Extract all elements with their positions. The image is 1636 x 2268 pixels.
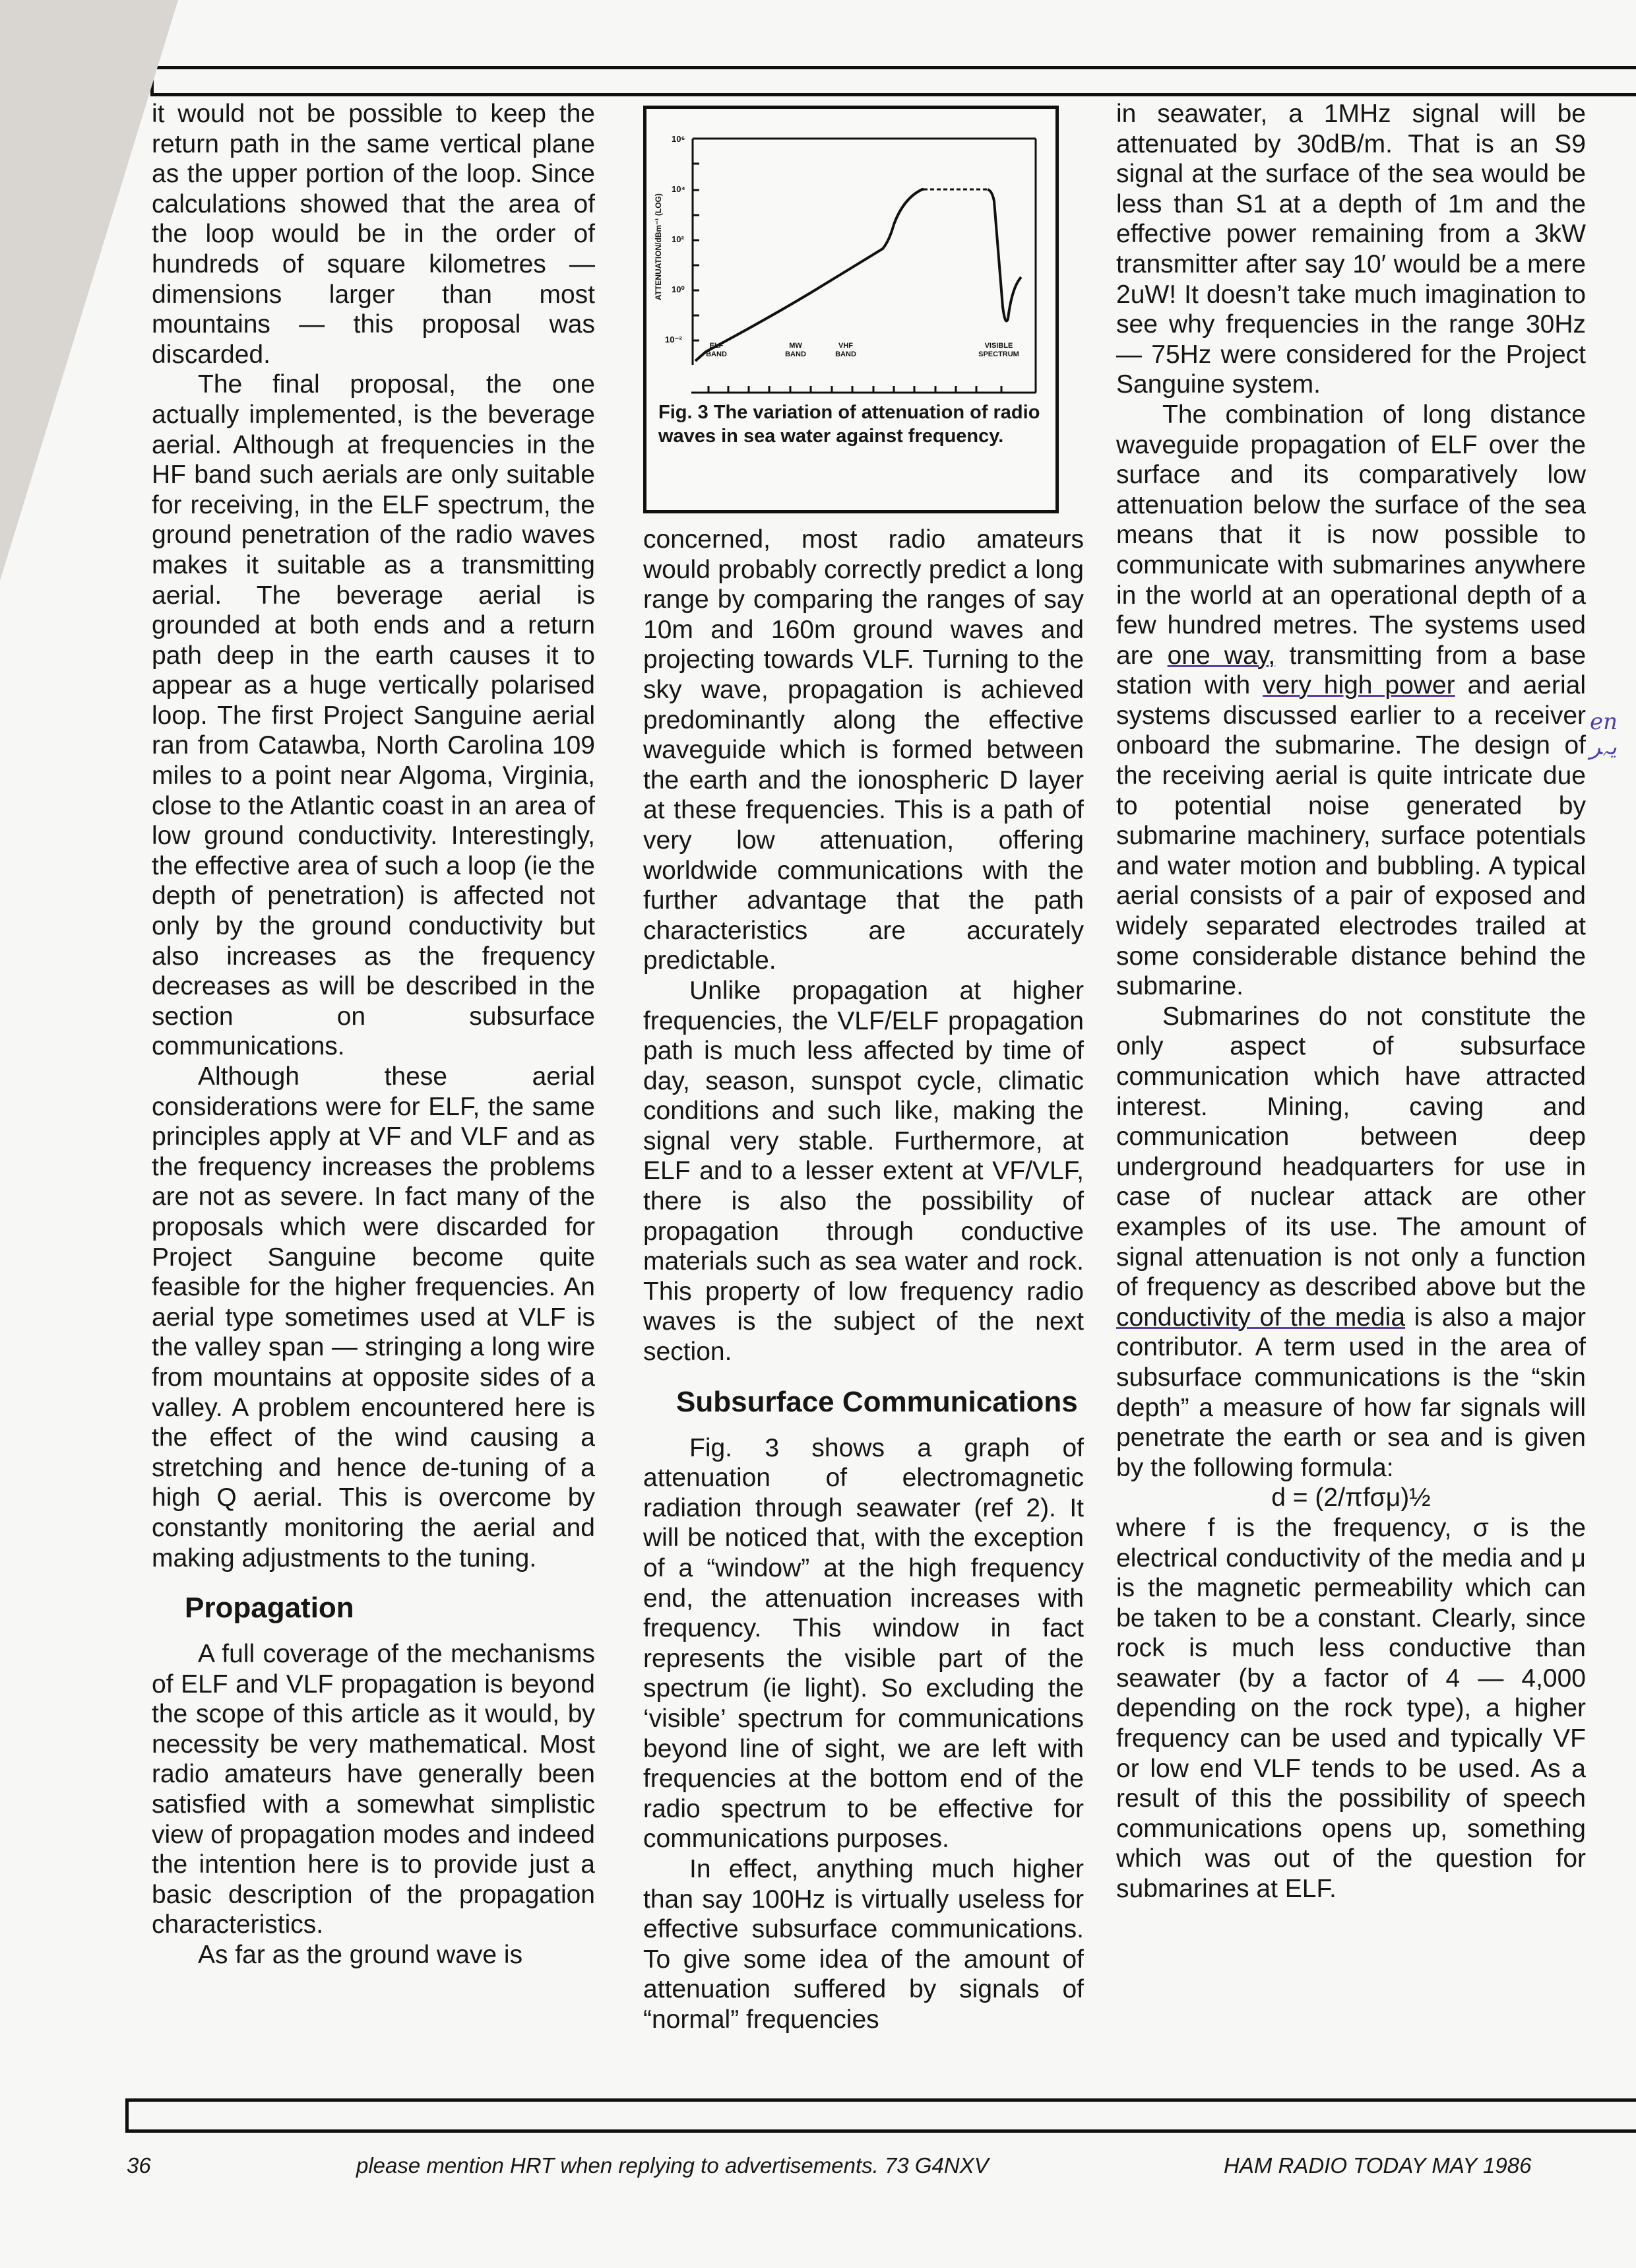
svg-text:BAND: BAND: [835, 350, 856, 358]
text-span: Submarines do not constitute the only as…: [1116, 1002, 1586, 1301]
svg-text:VISIBLE: VISIBLE: [985, 342, 1013, 350]
paragraph: where f is the frequency, σ is the elect…: [1116, 1513, 1586, 1904]
svg-text:BAND: BAND: [706, 350, 727, 358]
paragraph: A full coverage of the mechanisms of ELF…: [152, 1639, 595, 1940]
svg-text:BAND: BAND: [785, 350, 806, 358]
underlined-text: one way,: [1168, 641, 1276, 670]
paragraph: in seawater, a 1MHz signal will be atten…: [1116, 99, 1586, 400]
paragraph: The combination of long distance wavegui…: [1116, 400, 1586, 1002]
svg-text:10²: 10²: [672, 234, 684, 244]
text-span: and aerial systems discussed earlier to …: [1116, 671, 1586, 1000]
paragraph: As far as the ground wave is: [152, 1940, 595, 1970]
footer-note: please mention HRT when replying to adve…: [356, 2153, 989, 2178]
svg-text:ATTENUATION/dBm⁻¹ (LOG): ATTENUATION/dBm⁻¹ (LOG): [654, 193, 663, 300]
handwritten-annotation: enﯾﮧﺮ: [1590, 709, 1618, 760]
paragraph: The final proposal, the one actually imp…: [152, 370, 595, 1062]
column-3: in seawater, a 1MHz signal will be atten…: [1116, 99, 1586, 1904]
svg-text:10⁰: 10⁰: [672, 284, 685, 294]
bottom-rule-bar: [125, 2098, 1636, 2133]
svg-text:10⁻²: 10⁻²: [665, 335, 682, 344]
paragraph: In effect, anything much higher than say…: [643, 1854, 1084, 2035]
svg-text:SPECTRUM: SPECTRUM: [978, 350, 1019, 358]
figure-caption: Fig. 3 The variation of attenuation of r…: [658, 401, 1048, 448]
section-heading-subsurface: Subsurface Communications: [676, 1386, 1084, 1419]
paragraph: Submarines do not constitute the only as…: [1116, 1002, 1586, 1483]
page-number: 36: [127, 2153, 151, 2178]
paragraph: Although these aerial considerations wer…: [152, 1062, 595, 1573]
attenuation-chart: 10⁶ 10⁴ 10² 10⁰ 10⁻² ATTENUATION/dBm⁻¹ (…: [646, 109, 1055, 399]
svg-text:VHF: VHF: [838, 342, 853, 350]
column-2: concerned, most radio amateurs would pro…: [643, 525, 1084, 2035]
magazine-page: it would not be possible to keep the ret…: [0, 0, 1636, 2268]
paragraph: Unlike propagation at higher frequencies…: [643, 976, 1084, 1367]
svg-text:10⁶: 10⁶: [672, 134, 685, 144]
paragraph: Fig. 3 shows a graph of attenuation of e…: [643, 1433, 1084, 1854]
top-rule-bar: [150, 66, 1636, 96]
paragraph: it would not be possible to keep the ret…: [152, 99, 595, 370]
column-1: it would not be possible to keep the ret…: [152, 99, 595, 1970]
paragraph: concerned, most radio amateurs would pro…: [643, 525, 1084, 976]
skin-depth-formula: d = (2/πfσμ)½: [1116, 1483, 1586, 1513]
figure-3: 10⁶ 10⁴ 10² 10⁰ 10⁻² ATTENUATION/dBm⁻¹ (…: [643, 106, 1059, 513]
text-span: The combination of long distance wavegui…: [1116, 401, 1586, 670]
underlined-text: very high power: [1263, 671, 1455, 699]
section-heading-propagation: Propagation: [185, 1592, 595, 1625]
svg-text:10⁴: 10⁴: [672, 184, 685, 194]
magazine-issue: HAM RADIO TODAY MAY 1986: [1224, 2153, 1531, 2178]
svg-text:MW: MW: [789, 342, 802, 350]
underlined-text: conductivity of the media: [1116, 1303, 1405, 1332]
